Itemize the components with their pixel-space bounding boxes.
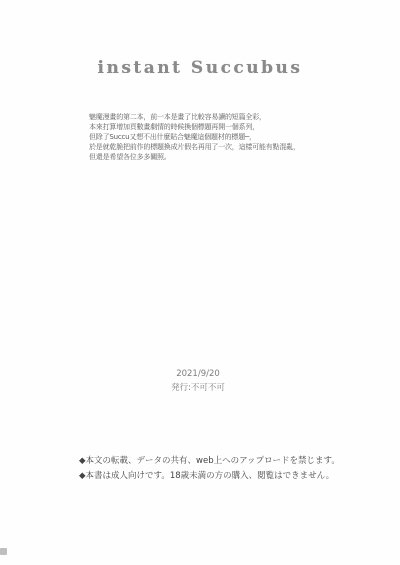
scan-artifact <box>0 548 7 555</box>
notice-line: ◆本文の転載、データの共有、web上へのアップロードを禁じます。 <box>79 454 359 469</box>
doujinshi-afterword-page: instant Succubus 魅魔漫畫的第二本，前一本是畫了比較容易讀的短篇… <box>0 0 400 565</box>
notice-line: ◆本書は成人向けです。18歳未満の方の購入、閲覧はできません。 <box>79 469 359 484</box>
afterword-line: 於是就乾脆把前作的標題換成片假名再用了一次，這樣可能有點混亂， <box>89 142 349 152</box>
page-title: instant Succubus <box>0 58 400 78</box>
afterword-line: 本來打算增加頁數畫劇情的時候換個標題再開一個系列， <box>89 122 349 132</box>
afterword-line: 魅魔漫畫的第二本，前一本是畫了比較容易讀的短篇全彩， <box>89 112 349 122</box>
publisher-name: 発行:不可不可 <box>0 381 396 395</box>
afterword-line: 但還是希望各位多多關照。 <box>89 152 349 162</box>
notice-list: ◆本文の転載、データの共有、web上へのアップロードを禁じます。 ◆本書は成人向… <box>79 454 359 483</box>
publication-info: 2021/9/20 発行:不可不可 <box>0 367 396 395</box>
publication-date: 2021/9/20 <box>0 367 396 381</box>
afterword-line: 但除了Succu又想不出什麼貼合魅魔這個題材的標題─， <box>89 132 349 142</box>
afterword-paragraph: 魅魔漫畫的第二本，前一本是畫了比較容易讀的短篇全彩， 本來打算增加頁數畫劇情的時… <box>89 112 349 162</box>
